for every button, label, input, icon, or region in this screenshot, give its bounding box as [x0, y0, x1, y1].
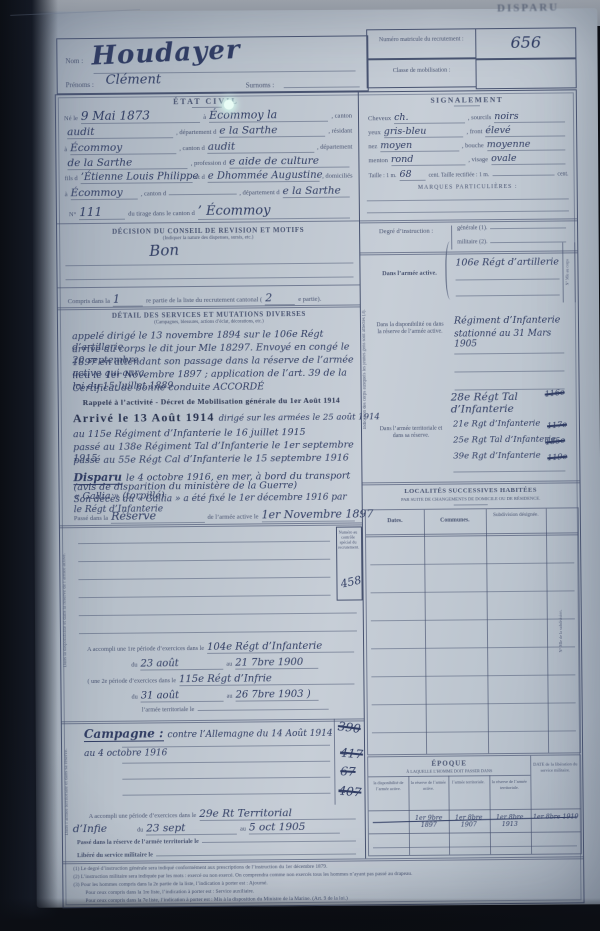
- table-line: [369, 808, 581, 811]
- handwritten-value: moyen: [380, 139, 459, 152]
- form-frame: ÉTAT CIVIL Né le 9 Mai 1873 à Écommoy la…: [55, 89, 585, 908]
- table-row-line: [371, 674, 575, 677]
- handwritten-value: gris-bleu: [384, 125, 464, 138]
- classe-value-box: [475, 57, 576, 89]
- passe-reserve-line: Passé dans la Réserve de l’armée active …: [74, 507, 358, 524]
- matricule-label-box: Numéro matricule du recrutement :: [366, 28, 476, 59]
- blank-rule: [66, 276, 354, 280]
- handwritten-value: 68: [399, 169, 425, 181]
- printed-label: A accompli une 1re période d’exercices d…: [87, 645, 204, 653]
- printed-label: Passé dans la: [74, 515, 108, 522]
- printed-label: Cheveux: [368, 115, 391, 122]
- printed-label: du: [132, 694, 138, 701]
- printed-label: , canton d: [179, 145, 205, 152]
- bracket: [445, 242, 455, 300]
- printed-label: , bouche: [462, 142, 484, 149]
- divider: [359, 218, 577, 223]
- armee-active-label: Dans l’armée active.: [373, 270, 445, 278]
- taille-row: Taille : 1 m. 68 cent. Taille rectifiée …: [369, 167, 569, 181]
- table-row-line: [372, 730, 576, 733]
- tirage-number: 111: [79, 205, 125, 220]
- campagne-line: Campagne : contre l’Allemagne du 14 Août…: [84, 723, 334, 761]
- handwritten-value: 23 août: [140, 658, 223, 671]
- handwritten-value: e la Sarthe: [219, 124, 325, 138]
- blank-rule: [453, 470, 565, 472]
- blank-rule: [79, 612, 357, 616]
- printed-label: , profession d: [191, 160, 226, 167]
- blank-rule: [491, 241, 567, 243]
- arrive-line: Arrivé le 13 Août 1914 dirigé sur les ar…: [73, 406, 380, 427]
- blank-rule: [79, 595, 331, 598]
- surnoms-label: Surnoms :: [246, 81, 275, 89]
- tirage-canton: ’ Écommoy: [198, 203, 350, 220]
- margin-label-reserve: Dans la disponibilité et dans la réserve…: [62, 535, 68, 685]
- classe-label-box: Classe de mobilisation :: [366, 58, 476, 88]
- col-header-communes: Communes.: [424, 517, 486, 524]
- tirage-line: N° 111 du tirage dans le canton d ’ Écom…: [69, 202, 353, 221]
- numero-subdiv-label: N° Mle de la subdivision.: [557, 516, 564, 746]
- signalement-row: yeux gris-bleu , front élevé: [368, 124, 568, 138]
- printed-label: fils d: [65, 175, 78, 182]
- col-header-dates: Dates.: [366, 518, 424, 525]
- decision-value: Bon: [149, 241, 179, 260]
- territoriale-label: Dans l’armée territoriale et dans sa rés…: [375, 426, 447, 441]
- classe-label: Classe de mobilisation :: [393, 68, 451, 75]
- controle-box: Numéro au contrôle spécial du recrutemen…: [336, 526, 363, 600]
- handwritten-value: rond: [391, 153, 465, 166]
- handwritten-value: moyenne: [487, 138, 566, 151]
- blank-rule: [492, 175, 554, 177]
- blank-rule: [202, 840, 356, 842]
- blank-rule: [454, 352, 564, 354]
- periode2-dates: du 31 août au 26 7bre 1903 ): [131, 689, 321, 703]
- blank-rule: [122, 793, 330, 796]
- handwritten-value: 9 Mai 1873: [81, 108, 200, 124]
- handwritten-value: 31 août: [141, 690, 224, 703]
- handwritten-value: Écommoy: [71, 187, 138, 201]
- blank-rule: [197, 709, 328, 711]
- handwritten-value: 1: [113, 293, 143, 307]
- printed-label: , visage: [468, 156, 488, 163]
- printed-label: Compris dans la: [68, 298, 110, 305]
- arrive-note: dirigé sur les armées le 25 août 1914: [219, 412, 380, 424]
- handwritten-value: e Dhommée Augustine: [208, 170, 320, 183]
- printed-label: yeux: [368, 129, 381, 136]
- epoque-col-header: la réserve de l’armée active.: [409, 780, 447, 791]
- handwritten-value: 104e Régt d’Infanterie: [207, 640, 354, 653]
- blank-rule: [65, 262, 353, 266]
- periode1-line: A accompli une 1re période d’exercices d…: [87, 640, 357, 655]
- printed-label: , front: [466, 128, 482, 135]
- handwritten-value: 26 7bre 1903 ): [236, 689, 319, 702]
- printed-label: re partie de la liste du recrutement can…: [146, 296, 262, 304]
- periode1-dates: du 23 août au 21 7bre 1900: [131, 657, 321, 671]
- printed-label: , sourcils: [468, 114, 492, 121]
- controle-value: 458: [339, 573, 362, 590]
- col-header-subdivision: Subdivision désignée.: [486, 512, 546, 519]
- divider: [362, 480, 580, 485]
- printed-label: générale (1).: [457, 225, 487, 231]
- nom-label: Nom :: [65, 57, 83, 65]
- crossed-number: 417: [339, 745, 363, 761]
- title-flourish: [454, 504, 488, 505]
- printed-label: Passé dans la réserve de l’armée territo…: [77, 838, 199, 846]
- printed-label: à: [64, 146, 67, 153]
- prenoms-value: Clément: [106, 72, 162, 88]
- localites-title: LOCALITÉS SUCCESSIVES HABITÉES: [362, 486, 580, 495]
- surnoms-rule: [284, 86, 360, 88]
- periode2-line: ( une 2e période d’exercices dans le 115…: [87, 672, 357, 687]
- signalement-row: nez moyen , bouche moyenne: [368, 138, 568, 152]
- blank-rule: [156, 853, 356, 856]
- printed-label: et d: [195, 174, 205, 181]
- printed-label: Libéré du service militaire le: [77, 851, 153, 859]
- blank-rule: [367, 198, 569, 201]
- handwritten-value: audit: [67, 125, 173, 139]
- crossed-number: 135e: [545, 435, 566, 446]
- campagne-label: Campagne :: [84, 726, 164, 742]
- handwritten-value: ch.: [394, 111, 465, 124]
- printed-label: Né le: [64, 115, 78, 122]
- epoque-col-header: la réserve de l’armée territoriale.: [490, 779, 528, 790]
- margin-label-territoriale: Dans l’armée territoriale et dans sa rés…: [64, 727, 70, 857]
- libere-line: Libéré du service militaire le: [77, 849, 359, 859]
- disponibilite-value: stationné au 31 Mars 1905: [454, 328, 566, 349]
- divider: [359, 250, 577, 255]
- disponibilite-value: Régiment d’Infanterie: [454, 314, 566, 326]
- armee-active-value: 106e Régt d’artillerie: [455, 256, 561, 268]
- handwritten-value: ’Étienne Louis Philippe: [81, 171, 193, 184]
- blank-rule: [79, 630, 357, 634]
- nom-value: Houdayer: [91, 35, 241, 72]
- scanned-military-record: DISPARU Nom : Houdayer Prénoms : Clément…: [0, 0, 600, 931]
- table-row-line: [373, 845, 577, 848]
- handwritten-value: d’Infie: [73, 823, 107, 835]
- service-entry: Certificat de bonne conduite ACCORDÉ: [73, 380, 357, 394]
- printed-label: , département d: [239, 189, 279, 196]
- printed-label: cent.: [557, 171, 568, 177]
- prenoms-label: Prénoms :: [66, 81, 94, 89]
- blank-rule: [122, 777, 330, 780]
- handwritten-value: Écommoy: [70, 141, 176, 155]
- signalement-row: Cheveux ch. , sourcils noirs: [368, 110, 568, 124]
- printed-label: , département: [317, 143, 352, 150]
- etat-civil-line: à Écommoy , canton d , département d e l…: [65, 184, 353, 200]
- localites-table: Dates. Communes. N° Mle de la subdivisio…: [365, 507, 581, 755]
- etat-civil-line: audit , département d e la Sarthe , rési…: [64, 123, 352, 139]
- handwritten-value: audit: [208, 140, 314, 154]
- handwritten-value: Réserve: [111, 509, 204, 524]
- crossed-number: 119e: [547, 452, 568, 463]
- printed-label: au: [226, 661, 232, 668]
- printed-label: militaire (2).: [457, 239, 487, 245]
- arrive-stamp: Arrivé le 13 Août 1914: [73, 410, 215, 425]
- epoque-value: 1er 8bre 1913: [491, 814, 529, 828]
- reserve-territoriale-line: Passé dans la réserve de l’armée territo…: [77, 836, 359, 846]
- numero-label: N°: [69, 211, 76, 218]
- divider: [57, 220, 359, 224]
- blank-rule: [78, 541, 330, 544]
- corps-number-note: N° Mle au corps: [564, 244, 570, 300]
- printed-label: cent. Taille rectifiée : 1 m.: [428, 172, 489, 179]
- service-entry: passé au 55e Régt Cal d’Infanterie le 15…: [73, 452, 357, 466]
- epoque-date-col: DATE de la libération du service militai…: [531, 761, 579, 773]
- matricule-label: Numéro matricule du recrutement :: [379, 36, 464, 43]
- printed-label: à: [65, 191, 68, 198]
- photo-bottom-edge: [0, 898, 600, 931]
- periode-territoriale-line: A accompli une période d’exercices dans …: [89, 806, 359, 822]
- handwritten-value: e la Sarthe: [283, 185, 350, 199]
- signalement-row: menton rond , visage ovale: [368, 152, 568, 166]
- blank-rule: [122, 761, 330, 764]
- blank-rule: [456, 279, 560, 281]
- instruction-militaire: militaire (2).: [457, 238, 569, 245]
- handwritten-value: ovale: [491, 152, 565, 165]
- crossed-number: 117e: [547, 420, 568, 431]
- etat-civil-line: Né le 9 Mai 1873 à Écommoy la , canton: [64, 106, 352, 124]
- matricule-value-box: 656: [475, 27, 576, 60]
- instruction-generale: générale (1).: [457, 224, 569, 231]
- table-row-line: [371, 590, 575, 593]
- printed-label: au: [240, 826, 246, 833]
- table-row-line: [372, 702, 576, 705]
- printed-label: à: [203, 114, 206, 121]
- handwritten-value: 1er Novembre 1897: [261, 507, 354, 522]
- disponibilite-label: Dans la disponibilité ou dans la réserve…: [374, 322, 446, 337]
- printed-label: A accompli une période d’exercices dans …: [89, 812, 197, 820]
- table-line: [369, 831, 581, 834]
- signalement-title: SIGNALEMENT: [358, 94, 576, 105]
- col-header-numero: N° Mle de la subdivision.: [546, 510, 580, 750]
- form-content: Nom : Houdayer Prénoms : Clément Surnoms…: [0, 0, 600, 931]
- instruction-label: Degré d’instruction :: [367, 228, 445, 237]
- handwritten-value: 115e Régt d’Infrie: [179, 672, 354, 686]
- printed-label: ( une 2e période d’exercices dans le: [87, 677, 176, 685]
- printed-label: , canton d: [141, 190, 167, 197]
- territoriale-blank-line: l’armée territoriale le: [142, 705, 332, 714]
- printed-label: , résidant: [328, 127, 352, 134]
- printed-label: , domiciliés: [322, 172, 352, 179]
- title-flourish: [454, 105, 480, 106]
- blank-rule: [78, 577, 330, 580]
- handwritten-value: 21 7bre 1900: [235, 657, 318, 670]
- table-row-line: [370, 562, 574, 565]
- handwritten-value: 29e Rt Territorial: [199, 806, 356, 821]
- corps-rotated-label: Indication des corps auxquels les jeunes…: [361, 258, 368, 480]
- epoque-col-header: l’armée territoriale.: [449, 779, 487, 785]
- printed-label: du: [137, 827, 143, 834]
- handwritten-value: 5 oct 1905: [249, 821, 340, 835]
- printed-label: du: [131, 662, 137, 669]
- blank-rule: [169, 194, 236, 196]
- epoque-col-header: la disponibilité de l’armée active.: [369, 780, 407, 791]
- controle-header: Numéro au contrôle spécial du recrutemen…: [338, 529, 358, 549]
- handwritten-value: e aide de culture: [229, 155, 350, 169]
- printed-label: , département d: [176, 129, 216, 136]
- table-col-line: [486, 509, 489, 753]
- mobilisation-stamp: Rappelé à l’activité - Décret de Mobilis…: [83, 396, 340, 407]
- etat-civil-line: fils d ’Étienne Louis Philippe et d e Dh…: [65, 169, 353, 184]
- divider: [58, 284, 360, 288]
- printed-label: e partie).: [298, 296, 321, 303]
- handwritten-value: de la Sarthe: [67, 156, 188, 170]
- table-col-line: [424, 510, 427, 754]
- crossed-number: 407: [338, 783, 362, 799]
- printed-label: au: [227, 693, 233, 700]
- printed-label: l’armée territoriale le: [142, 706, 195, 714]
- etat-civil-line: de la Sarthe , profession d e aide de cu…: [64, 154, 352, 170]
- corps-number-box: N° Mle au corps: [562, 242, 576, 302]
- printed-label: , canton: [331, 112, 352, 119]
- etat-civil-title: ÉTAT CIVIL: [56, 95, 356, 107]
- light-reflection-dot: [224, 100, 234, 110]
- epoque-title: ÉPOQUE: [368, 759, 530, 769]
- service-entry: au 115e Régiment d’Infanterie le 16 juil…: [73, 426, 357, 440]
- printed-label: nez: [368, 143, 377, 150]
- crossed-number: 390: [337, 719, 362, 736]
- crossed-number: 67: [340, 764, 356, 779]
- tirage-text: du tirage dans le canton d: [128, 210, 195, 218]
- printed-label: de l’armée active le: [207, 513, 258, 520]
- blank-rule: [456, 295, 560, 297]
- blank-rule: [78, 559, 330, 562]
- table-row-line: [371, 646, 575, 649]
- blank-rule: [490, 227, 566, 229]
- handwritten-value: noirs: [494, 110, 565, 123]
- periode-territoriale-dates: d’Infie du 23 sept au 5 oct 1905: [73, 821, 343, 837]
- localites-subtitle: PAR SUITE DE CHANGEMENTS DE DOMICILE OU …: [362, 495, 580, 502]
- campagne-margin-line: [334, 719, 336, 805]
- matricule-value: 656: [510, 33, 541, 52]
- epoque-table: ÉPOQUE À LAQUELLE L’HOMME DOIT PASSER DA…: [367, 754, 582, 856]
- handwritten-value: 23 sept: [146, 822, 237, 836]
- blank-rule: [454, 370, 564, 372]
- blank-rule: [367, 210, 569, 213]
- etat-civil-line: à Écommoy , canton d audit , département: [64, 139, 352, 155]
- handwritten-value: 2: [265, 291, 295, 305]
- table-row-line: [371, 618, 575, 621]
- printed-label: Taille : 1 m.: [369, 173, 397, 179]
- epoque-value: 1er 8bre 1907: [450, 814, 488, 828]
- marques-label: MARQUES PARTICULIÈRES :: [359, 183, 577, 191]
- epoque-subtitle: À LAQUELLE L’HOMME DOIT PASSER DANS: [368, 768, 530, 775]
- printed-label: menton: [368, 157, 388, 164]
- handwritten-value: élevé: [485, 124, 565, 137]
- name-box: Nom : Houdayer Prénoms : Clément Surnoms…: [56, 35, 369, 94]
- handwritten-value: Écommoy la: [209, 108, 328, 123]
